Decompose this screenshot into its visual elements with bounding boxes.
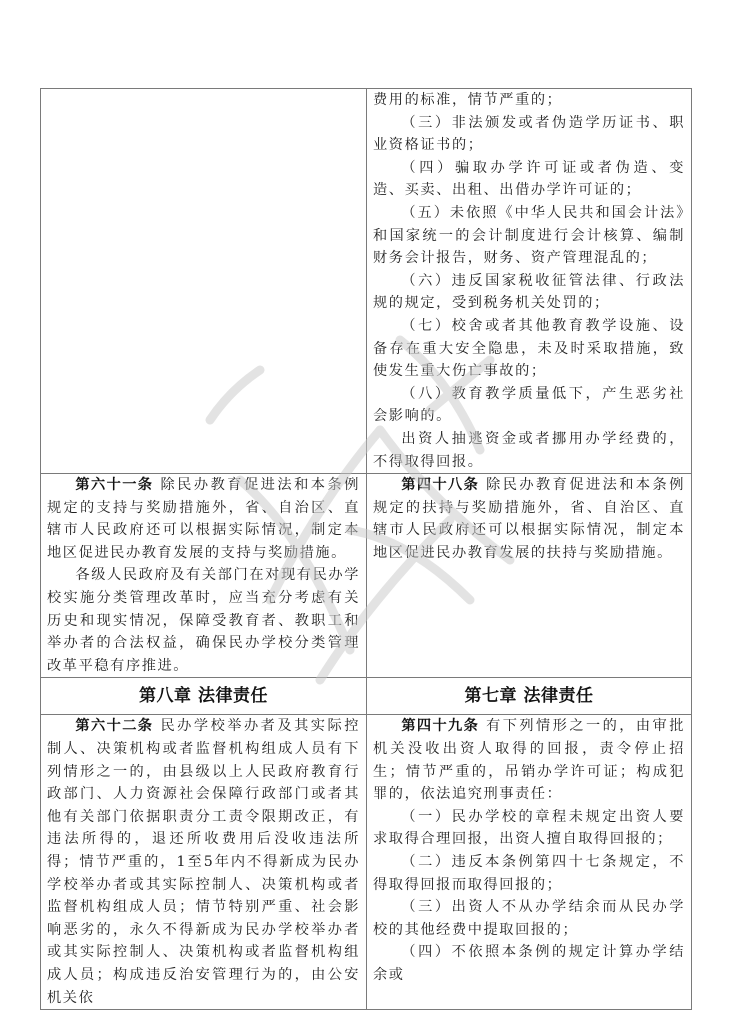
paragraph: （三）出资人不从办学结余而从民办学校的其他经费中提取回报的； [373,896,685,941]
article-paragraph: 第六十二条 民办学校举办者及其实际控制人、决策机构或者监督机构组成人员有下列情形… [47,715,360,1009]
chapter-heading-row: 第八章 法律责任 第七章 法律责任 [41,678,692,715]
chapter-heading-right: 第七章 法律责任 [367,678,692,715]
article-paragraph: 第四十九条 有下列情形之一的，由审批机关没收出资人取得的回报，责令停止招生；情节… [373,715,685,805]
table-row: 第六十二条 民办学校举办者及其实际控制人、决策机构或者监督机构组成人员有下列情形… [41,715,692,1010]
article-paragraph: 第四十八条 除民办教育促进法和本条例规定的扶持与奖励措施外，省、自治区、直辖市人… [373,474,685,564]
article-text: 民办学校举办者及其实际控制人、决策机构或者监督机构组成人员有下列情形之一的，由县… [47,718,360,1005]
paragraph: （四）骗取办学许可证或者伪造、变造、买卖、出租、出借办学许可证的； [373,157,685,202]
paragraph: （三）非法颁发或者伪造学历证书、职业资格证书的； [373,112,685,157]
paragraph: 各级人民政府及有关部门在对现有民办学校实施分类管理改革时，应当充分考虑有关历史和… [47,564,360,677]
paragraph: （七）校舍或者其他教育教学设施、设备存在重大安全隐患，未及时采取措施，致使发生重… [373,315,685,383]
article-paragraph: 第六十一条 除民办教育促进法和本条例规定的支持与奖励措施外，省、自治区、直辖市人… [47,474,360,564]
paragraph: （五）未依照《中华人民共和国会计法》和国家统一的会计制度进行会计核算、编制财务会… [373,202,685,270]
table-row: 费用的标准，情节严重的； （三）非法颁发或者伪造学历证书、职业资格证书的； （四… [41,89,692,474]
right-cell: 费用的标准，情节严重的； （三）非法颁发或者伪造学历证书、职业资格证书的； （四… [367,89,692,474]
right-cell: 第四十八条 除民办教育促进法和本条例规定的扶持与奖励措施外，省、自治区、直辖市人… [367,474,692,678]
document-page: 费用的标准，情节严重的； （三）非法颁发或者伪造学历证书、职业资格证书的； （四… [0,0,730,1033]
paragraph: （四）不依照本条例的规定计算办学结余或 [373,941,685,986]
left-cell: 第六十二条 民办学校举办者及其实际控制人、决策机构或者监督机构组成人员有下列情形… [41,715,367,1010]
left-cell: 第六十一条 除民办教育促进法和本条例规定的支持与奖励措施外，省、自治区、直辖市人… [41,474,367,678]
paragraph: 出资人抽逃资金或者挪用办学经费的，不得取得回报。 [373,428,685,473]
paragraph: （二）违反本条例第四十七条规定，不得取得回报而取得回报的； [373,851,685,896]
paragraph: （一）民办学校的章程未规定出资人要求取得合理回报，出资人擅自取得回报的； [373,806,685,851]
left-cell-empty [41,89,367,474]
right-cell: 第四十九条 有下列情形之一的，由审批机关没收出资人取得的回报，责令停止招生；情节… [367,715,692,1010]
article-number: 第六十二条 [75,718,153,734]
article-number: 第六十一条 [75,477,153,493]
article-number: 第四十九条 [401,718,479,734]
paragraph: 费用的标准，情节严重的； [373,89,685,112]
paragraph: （八）教育教学质量低下，产生恶劣社会影响的。 [373,383,685,428]
chapter-heading-left: 第八章 法律责任 [41,678,367,715]
article-number: 第四十八条 [401,477,479,493]
regulation-comparison-table: 费用的标准，情节严重的； （三）非法颁发或者伪造学历证书、职业资格证书的； （四… [40,88,692,1010]
table-row: 第六十一条 除民办教育促进法和本条例规定的支持与奖励措施外，省、自治区、直辖市人… [41,474,692,678]
paragraph: （六）违反国家税收征管法律、行政法规的规定，受到税务机关处罚的； [373,270,685,315]
